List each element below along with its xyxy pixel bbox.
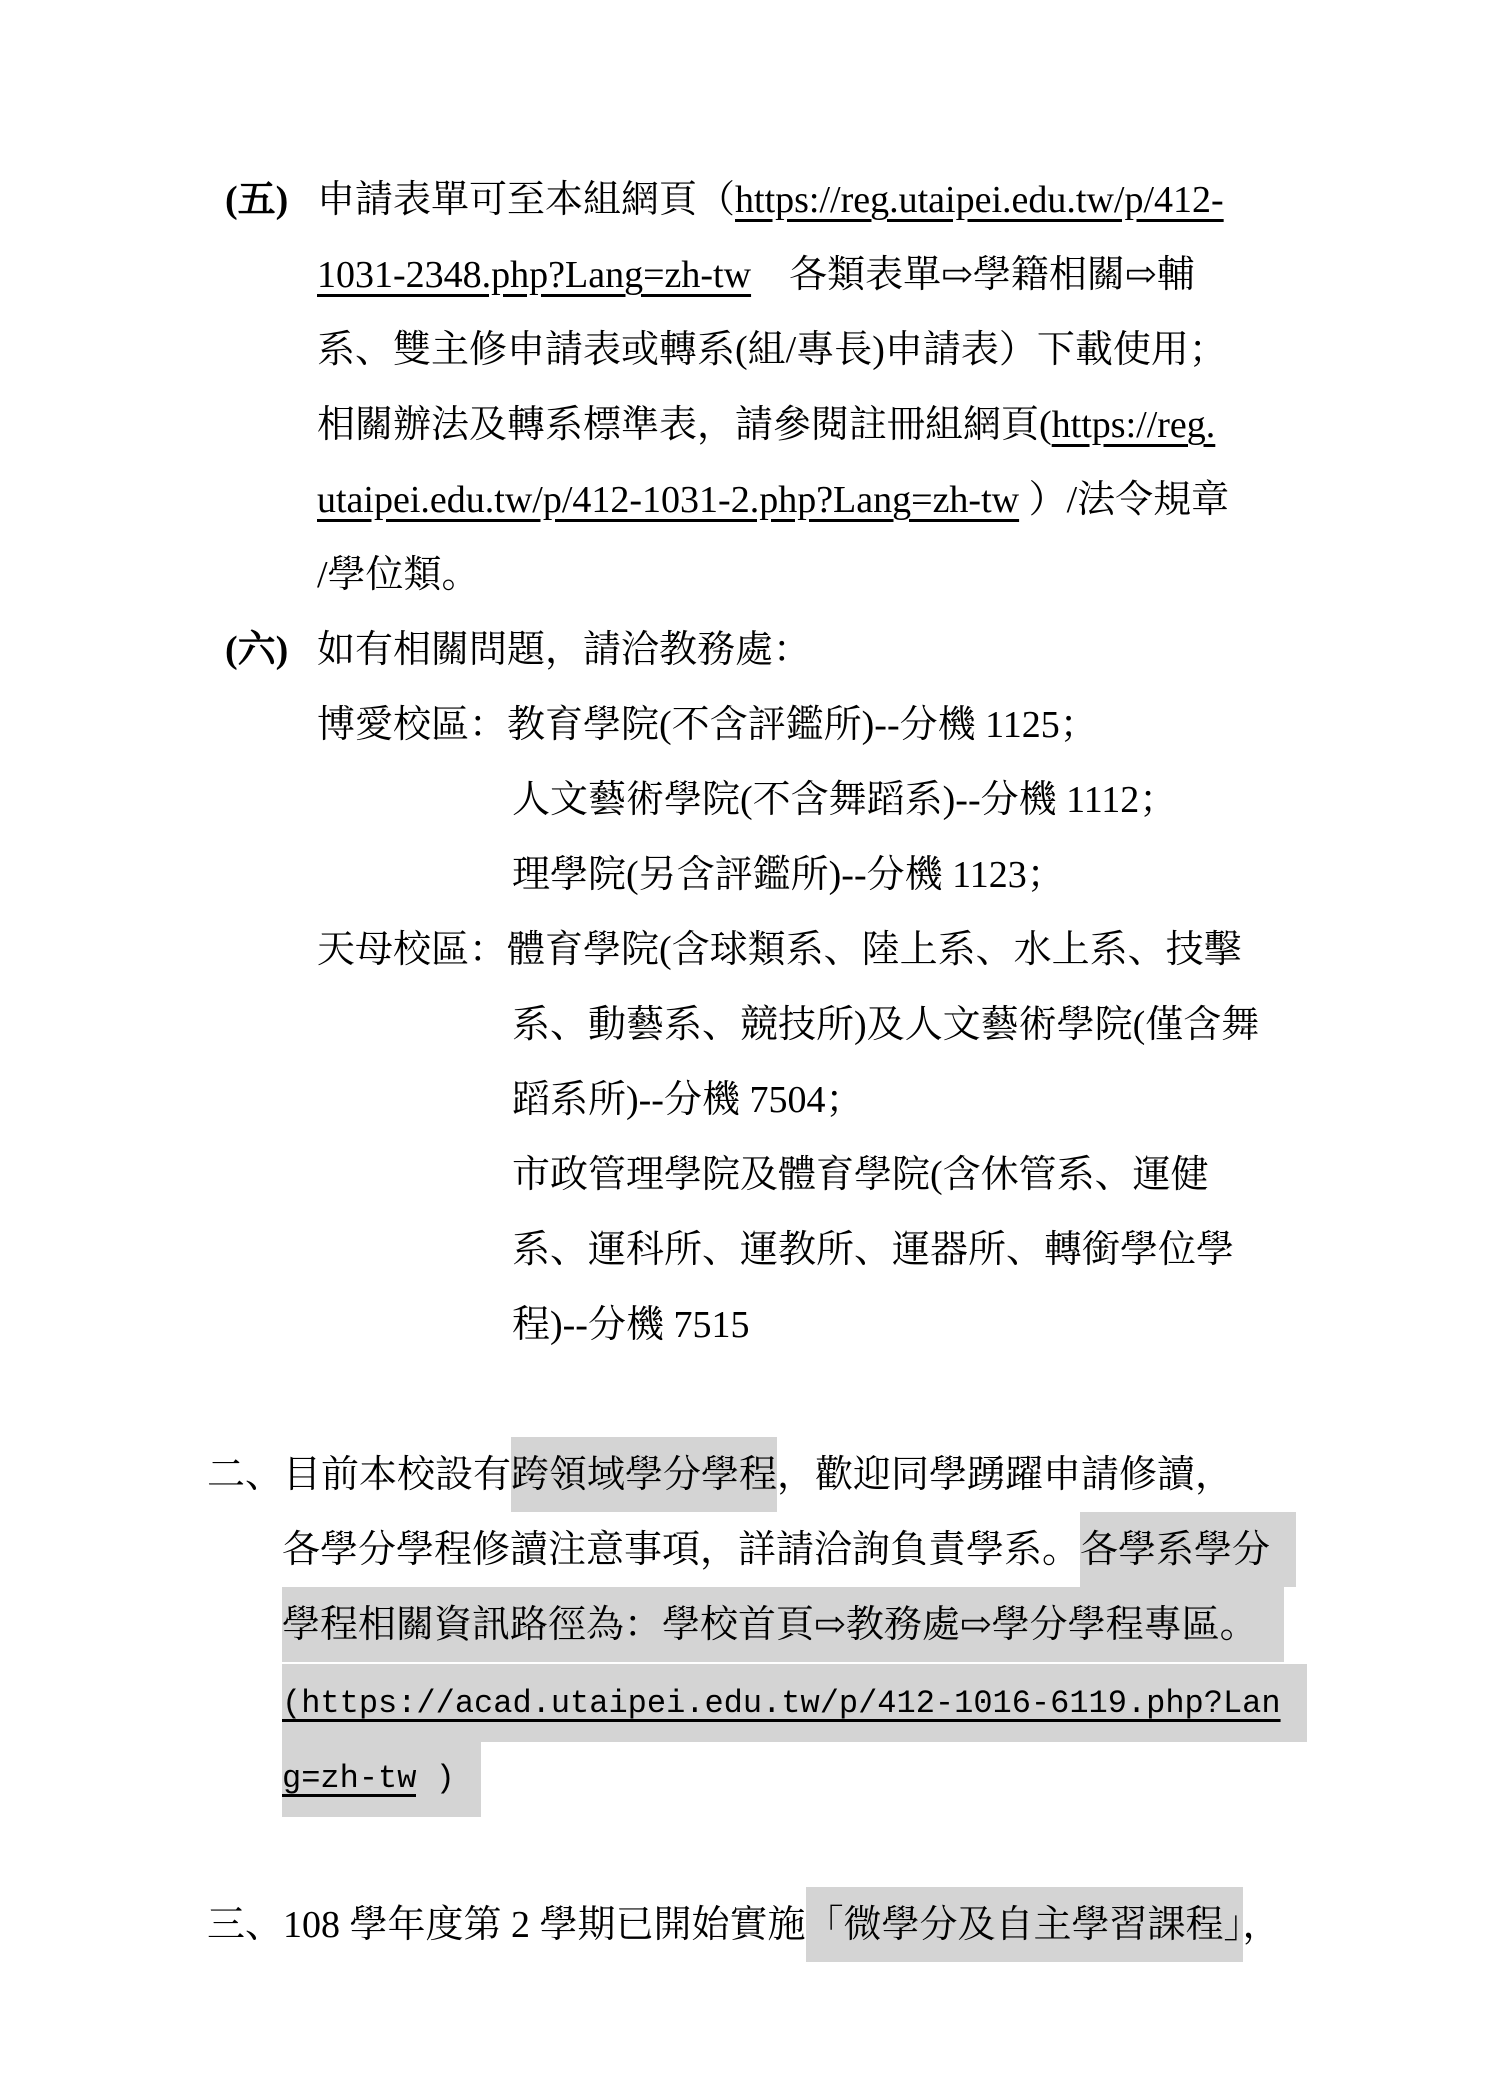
url-link[interactable]: https://reg.utaipei.edu.tw/p/412- (735, 179, 1224, 221)
body-text: 目前本校設有 (283, 1454, 511, 1496)
document-line: 理學院(另含評鑑所)--分機 1123； (0, 838, 1485, 913)
highlighted-text: 「微學分及自主學習課程」 (806, 1887, 1243, 1962)
body-text: 天母校區：體育學院(含球類系、陸上系、水上系、技擊 (317, 929, 1242, 971)
item-label: (五) (225, 163, 317, 238)
body-text: 蹈系所)--分機 7504； (512, 1079, 863, 1121)
highlighted-text: ) (416, 1739, 480, 1817)
document-line: 蹈系所)--分機 7504； (0, 1063, 1485, 1138)
document-line: 各學分學程修讀注意事項，詳請洽詢負責學系。各學系學分 (0, 1513, 1485, 1588)
highlighted-text: 各學系學分 (1080, 1512, 1296, 1587)
item-label: 二、 (207, 1454, 283, 1496)
body-text: 市政管理學院及體育學院(含休管系、運健 (512, 1154, 1209, 1196)
document-line: /學位類。 (0, 538, 1485, 613)
body-text: ，歡迎同學踴躍申請修讀， (777, 1454, 1233, 1496)
document-line: (六)如有相關問題，請洽教務處： (0, 613, 1485, 688)
document-line: 天母校區：體育學院(含球類系、陸上系、水上系、技擊 (0, 913, 1485, 988)
url-link[interactable]: g=zh-tw (282, 1739, 416, 1817)
document-line: 博愛校區：教育學院(不含評鑑所)--分機 1125； (0, 688, 1485, 763)
item-label: (六) (225, 613, 317, 688)
body-text: ）/法令規章 (1019, 479, 1229, 521)
body-text: 人文藝術學院(不含舞蹈系)--分機 1112； (512, 779, 1177, 821)
document-line: 三、108 學年度第 2 學期已開始實施「微學分及自主學習課程」， (0, 1888, 1485, 1963)
body-text: 相關辦法及轉系標準表，請參閱註冊組網頁( (317, 404, 1052, 446)
body-text: 系、運科所、運教所、運器所、轉銜學位學 (512, 1229, 1234, 1271)
document-line: (五)申請表單可至本組網頁（https://reg.utaipei.edu.tw… (0, 163, 1485, 238)
document-line: (https://acad.utaipei.edu.tw/p/412-1016-… (0, 1663, 1485, 1738)
body-text: 程)--分機 7515 (512, 1304, 749, 1346)
page: { "page": { "background_color": "#ffffff… (0, 0, 1485, 2100)
blank-line (0, 1813, 1485, 1888)
blank-line (0, 1363, 1485, 1438)
body-text: /學位類。 (317, 554, 480, 596)
body-text: 各學分學程修讀注意事項，詳請洽詢負責學系。 (282, 1529, 1080, 1571)
document-body: (五)申請表單可至本組網頁（https://reg.utaipei.edu.tw… (0, 163, 1485, 1963)
document-line: 人文藝術學院(不含舞蹈系)--分機 1112； (0, 763, 1485, 838)
url-link[interactable]: 1031-2348.php?Lang=zh-tw (317, 254, 751, 296)
url-link[interactable]: utaipei.edu.tw/p/412-1031-2.php?Lang=zh-… (317, 479, 1019, 521)
document-line: 學程相關資訊路徑為：學校首頁⇨教務處⇨學分學程專區。 (0, 1588, 1485, 1663)
body-text: 系、動藝系、競技所)及人文藝術學院(僅含舞 (512, 1004, 1259, 1046)
body-text: 如有相關問題，請洽教務處： (317, 629, 811, 671)
body-text: 108 學年度第 2 學期已開始實施 (283, 1904, 806, 1946)
document-line: 程)--分機 7515 (0, 1288, 1485, 1363)
document-line: 市政管理學院及體育學院(含休管系、運健 (0, 1138, 1485, 1213)
document-line: 系、動藝系、競技所)及人文藝術學院(僅含舞 (0, 988, 1485, 1063)
url-link[interactable]: https://reg. (1052, 404, 1216, 446)
document-line: 相關辦法及轉系標準表，請參閱註冊組網頁(https://reg. (0, 388, 1485, 463)
highlighted-text: 學程相關資訊路徑為：學校首頁⇨教務處⇨學分學程專區。 (282, 1587, 1284, 1662)
document-line: 1031-2348.php?Lang=zh-tw 各類表單⇨學籍相關⇨輔 (0, 238, 1485, 313)
body-text: ， (1243, 1904, 1281, 1946)
body-text: 各類表單⇨學籍相關⇨輔 (751, 254, 1195, 296)
body-text: 申請表單可至本組網頁（ (317, 179, 735, 221)
document-line: g=zh-tw ) (0, 1738, 1485, 1813)
body-text: 理學院(另含評鑑所)--分機 1123； (512, 854, 1065, 896)
document-line: 系、雙主修申請表或轉系(組/專長)申請表）下載使用； (0, 313, 1485, 388)
document-line: utaipei.edu.tw/p/412-1031-2.php?Lang=zh-… (0, 463, 1485, 538)
highlighted-text: 跨領域學分學程 (511, 1437, 777, 1512)
url-link[interactable]: (https://acad.utaipei.edu.tw/p/412-1016-… (282, 1664, 1307, 1742)
document-line: 系、運科所、運教所、運器所、轉銜學位學 (0, 1213, 1485, 1288)
body-text: 博愛校區：教育學院(不含評鑑所)--分機 1125； (317, 704, 1098, 746)
item-label: 三、 (207, 1904, 283, 1946)
body-text: 系、雙主修申請表或轉系(組/專長)申請表）下載使用； (317, 329, 1227, 371)
document-line: 二、目前本校設有跨領域學分學程，歡迎同學踴躍申請修讀， (0, 1438, 1485, 1513)
